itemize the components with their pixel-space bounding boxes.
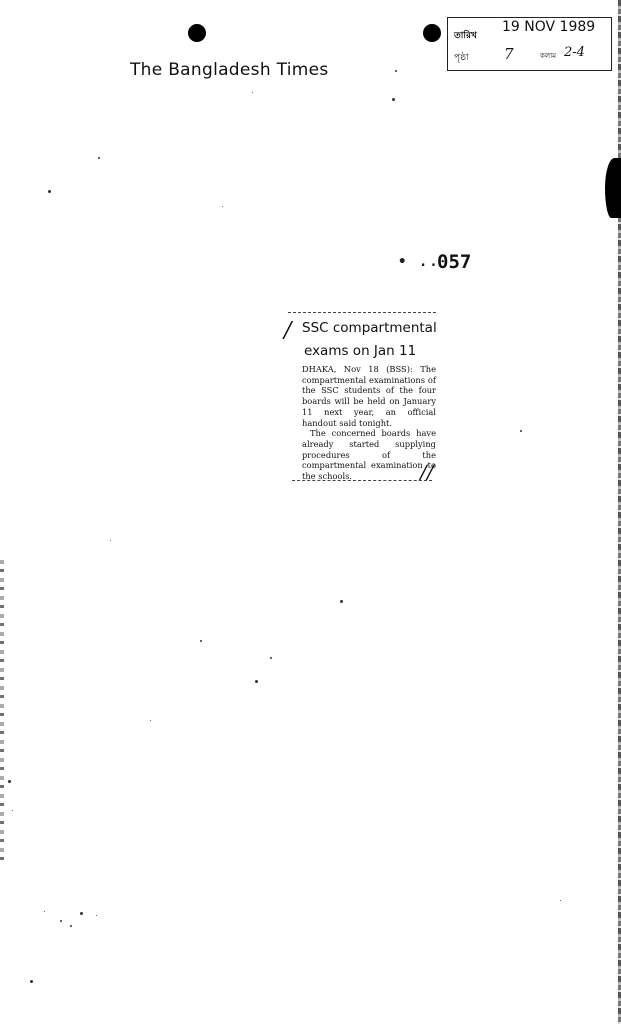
archive-stamp: তারিখ 19 NOV 1989 পৃষ্ঠা 7 কলাম 2-4 <box>447 17 612 71</box>
stamp-date-label: তারিখ <box>454 28 477 43</box>
clipping-start-mark: ∕ <box>284 318 291 343</box>
stamp-column-value: 2-4 <box>564 45 585 60</box>
article-paragraph: DHAKA, Nov 18 (BSS): The compartmental e… <box>302 364 436 428</box>
scan-speck <box>560 900 561 901</box>
scan-speck <box>520 430 522 432</box>
article-headline: SSC compartmental exams on Jan 11 <box>302 317 442 363</box>
scan-speck <box>252 92 253 93</box>
article-paragraph: The concerned boards have already starte… <box>302 428 436 482</box>
scan-speck <box>395 70 397 72</box>
scan-speck <box>98 157 100 159</box>
scan-speck <box>48 190 51 193</box>
scan-speck <box>340 600 343 603</box>
scan-speck <box>70 925 72 927</box>
stamp-page-value: 7 <box>504 45 514 63</box>
news-clipping: ∕ SSC compartmental exams on Jan 11 DHAK… <box>282 312 442 484</box>
punch-hole-right <box>423 24 441 42</box>
scan-speck <box>222 206 223 207</box>
scan-speck <box>270 657 272 659</box>
headline-line-1: SSC compartmental <box>302 320 437 336</box>
headline-line-2: exams on Jan 11 <box>302 340 442 363</box>
reference-dots: • .. <box>398 254 440 270</box>
scan-edge-left <box>0 560 4 860</box>
scan-edge-blot <box>605 158 621 218</box>
article-body: DHAKA, Nov 18 (BSS): The compartmental e… <box>302 364 436 482</box>
stamp-date: 19 NOV 1989 <box>502 19 595 35</box>
scan-speck <box>8 780 11 783</box>
scan-speck <box>44 911 45 912</box>
newspaper-masthead: The Bangladesh Times <box>130 60 329 80</box>
punch-hole-left <box>188 24 206 42</box>
stamp-column-label: কলাম <box>540 50 556 62</box>
clipping-top-edge <box>288 312 436 313</box>
scan-speck <box>60 920 62 922</box>
stamp-page-label: পৃষ্ঠা <box>454 50 469 65</box>
scan-speck <box>255 680 258 683</box>
reference-number: 057 <box>437 251 471 273</box>
scan-speck <box>150 720 151 721</box>
scan-speck <box>30 980 33 983</box>
scan-speck <box>96 915 97 916</box>
scan-speck <box>392 98 395 101</box>
clipping-bottom-edge <box>292 480 432 481</box>
scan-speck <box>80 912 83 915</box>
scan-speck <box>12 810 13 811</box>
scan-speck <box>110 540 111 541</box>
scan-speck <box>200 640 202 642</box>
